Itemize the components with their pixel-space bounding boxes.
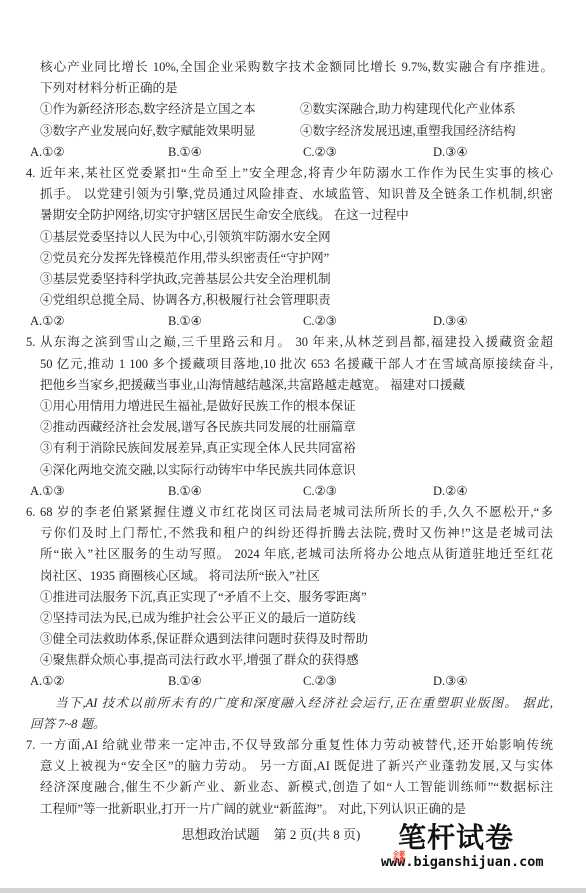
question-6-stem-line: 68 岁的李老伯紧紧握住遵义市红花岗区司法局老城司法所所长的手,久久不愿松开,“… bbox=[40, 502, 553, 523]
answer-choice-c: C.②③ bbox=[303, 481, 433, 502]
footer-page-number: 第 2 页(共 8 页) bbox=[274, 827, 361, 842]
answer-choice-a: A.①② bbox=[30, 142, 168, 163]
question-5-option-2: ②推动西藏经济社会发展,谱写各民族共同发展的壮丽篇章 bbox=[40, 417, 553, 438]
question-5: 5. 从东海之滨到雪山之巅,三千里路云和月。 30 年来,从林芝到昌都,福建投入… bbox=[26, 332, 553, 502]
question-3-tail: 核心产业同比增长 10%,全国企业采购数字技术金额同比增长 9.7%,数实融合有… bbox=[26, 57, 553, 163]
question-6-option-1: ①推进司法服务下沉,真正实现了“矛盾不上交、服务零距离” bbox=[40, 587, 553, 608]
answer-choice-a: A.①② bbox=[30, 311, 168, 332]
question-6-stem-line: 亏你们及时上门帮忙,不然我和租户的纠纷还得折腾去法院,费时又伤神!”这是老城司法 bbox=[40, 523, 553, 544]
question-5-option-4: ④深化两地交流交融,以实际行动铸牢中华民族共同体意识 bbox=[40, 460, 553, 481]
question-3-options: ①作为新经济形态,数字经济是立国之本 ②数实深融合,助力构建现代化产业体系 ③数… bbox=[40, 99, 553, 141]
question-5-option-3: ③有利于消除民族间发展差异,真正实现全体人民共同富裕 bbox=[40, 438, 553, 459]
answer-choice-c: C.②③ bbox=[303, 142, 433, 163]
material-intro-line: 当下,AI 技术以前所未有的广度和深度融入经济社会运行,正在重塑职业版图。 据此… bbox=[30, 693, 553, 714]
exam-paper-page: 核心产业同比增长 10%,全国企业采购数字技术金额同比增长 9.7%,数实融合有… bbox=[0, 0, 586, 893]
answer-choice-d: D.②④ bbox=[433, 481, 553, 502]
question-4-stem-line: 近年来,某社区党委紧扣“生命至上”安全理念,将青少年防溺水工作作为民生实事的核心 bbox=[40, 163, 553, 184]
question-3-option-2: ②数实深融合,助力构建现代化产业体系 bbox=[300, 99, 553, 120]
question-3-option-3: ③数字产业发展向好,数字赋能效果明显 bbox=[40, 121, 300, 142]
question-5-stem-line: 把他乡当家乡,把援藏当事业,山海情越结越深,共富路越走越宽。 福建对口援藏 bbox=[40, 375, 553, 396]
question-6-stem-line: 岗社区、1935 商圈核心区域。 将司法所“嵌入”社区 bbox=[40, 566, 553, 587]
question-5-stem-line: 50 亿元,推动 1 100 多个援藏项目落地,10 批次 653 名援藏干部人… bbox=[40, 354, 553, 375]
answer-choice-b: B.①④ bbox=[168, 311, 303, 332]
question-3-option-1: ①作为新经济形态,数字经济是立国之本 bbox=[40, 99, 300, 120]
question-5-stem-line: 从东海之滨到雪山之巅,三千里路云和月。 30 年来,从林芝到昌都,福建投入援藏资… bbox=[40, 332, 553, 353]
question-6: 6. 68 岁的李老伯紧紧握住遵义市红花岗区司法局老城司法所所长的手,久久不愿松… bbox=[26, 502, 553, 693]
question-6-option-2: ②坚持司法为民,已成为维护社会公平正义的最后一道防线 bbox=[40, 608, 553, 629]
page-content: 核心产业同比增长 10%,全国企业采购数字技术金额同比增长 9.7%,数实融合有… bbox=[26, 57, 553, 820]
question-7-stem-line: 工程师”等一批新职业,打开一片广阔的就业“新蓝海”。 对此,下列认识正确的是 bbox=[40, 799, 553, 820]
answer-choice-a: A.①③ bbox=[30, 481, 168, 502]
question-3-stem-line: 核心产业同比增长 10%,全国企业采购数字技术金额同比增长 9.7%,数实融合有… bbox=[40, 57, 553, 78]
answer-choice-a: A.①② bbox=[30, 671, 168, 692]
watermark-brand-text: 笔杆试卷 bbox=[398, 823, 551, 853]
question-6-stem-line: 所“嵌入”社区服务的生动写照。 2024 年底,老城司法所将办公地点从街道驻地迁… bbox=[40, 544, 553, 565]
question-4-stem-line: 抓手。 以党建引领为引擎,党员通过风险排查、水域监管、知识普及全链条工作机制,织… bbox=[40, 184, 553, 205]
question-6-option-4: ④聚焦群众烦心事,提高司法行政水平,增强了群众的获得感 bbox=[40, 650, 553, 671]
question-4-stem-line: 暑期安全防护网络,切实守护辖区居民生命安全底线。 在这一过程中 bbox=[40, 205, 553, 226]
watermark-stamp: 笔杆试卷 全部 免费 www.biganshijuan.com bbox=[381, 823, 551, 870]
question-4: 4. 近年来,某社区党委紧扣“生命至上”安全理念,将青少年防溺水工作作为民生实事… bbox=[26, 163, 553, 333]
question-7-stem-line: 意义上被视为“安全区”的脑力劳动。 另一方面,AI 既促进了新兴产业蓬勃发展,又… bbox=[40, 756, 553, 777]
question-4-option-1: ①基层党委坚持以人民为中心,引领筑牢防溺水安全网 bbox=[40, 227, 553, 248]
question-3-option-4: ④数字经济发展迅速,重塑我国经济结构 bbox=[300, 121, 553, 142]
answer-choice-d: D.③④ bbox=[433, 311, 553, 332]
question-7-stem-line: 经济深度融合,催生不少新产业、新业态、新模式,创造了如“人工智能训练师”“数据标… bbox=[40, 777, 553, 798]
question-7: 7. 一方面,AI 给就业带来一定冲击,不仅导致部分重复性体力劳动被替代,还开始… bbox=[26, 735, 553, 820]
answer-choice-b: B.①④ bbox=[168, 142, 303, 163]
material-intro-line: 回答 7~8 题。 bbox=[30, 714, 553, 735]
question-4-option-3: ③基层党委坚持科学执政,完善基层公共安全治理机制 bbox=[40, 269, 553, 290]
question-5-answers: A.①③ B.①④ C.②③ D.②④ bbox=[30, 481, 553, 502]
answer-choice-d: D.③④ bbox=[433, 142, 553, 163]
question-4-answers: A.①② B.①④ C.②③ D.③④ bbox=[30, 311, 553, 332]
question-5-number: 5. bbox=[26, 332, 35, 353]
question-6-number: 6. bbox=[26, 502, 35, 523]
question-3-stem-line: 下列对材料分析正确的是 bbox=[40, 78, 553, 99]
watermark-free-label: 全部 免费 bbox=[393, 852, 407, 864]
answer-choice-c: C.②③ bbox=[303, 671, 433, 692]
screenshot-bottom-edge bbox=[0, 888, 586, 893]
answer-choice-c: C.②③ bbox=[303, 311, 433, 332]
question-4-number: 4. bbox=[26, 163, 35, 184]
question-7-stem-line: 一方面,AI 给就业带来一定冲击,不仅导致部分重复性体力劳动被替代,还开始影响传… bbox=[40, 735, 553, 756]
question-4-option-4: ④党组织总揽全局、协调各方,积极履行社会管理职责 bbox=[40, 290, 553, 311]
question-6-option-3: ③健全司法救助体系,保证群众遇到法律问题时获得及时帮助 bbox=[40, 629, 553, 650]
question-4-option-2: ②党员充分发挥先锋模范作用,带头织密责任“守护网” bbox=[40, 248, 553, 269]
question-5-option-1: ①用心用情用力增进民生福祉,是做好民族工作的根本保证 bbox=[40, 396, 553, 417]
material-intro-paragraph: 当下,AI 技术以前所未有的广度和深度融入经济社会运行,正在重塑职业版图。 据此… bbox=[26, 693, 553, 735]
question-6-answers: A.①② B.①④ C.②③ D.③④ bbox=[30, 671, 553, 692]
footer-subject-title: 思想政治试题 bbox=[182, 827, 260, 842]
question-3-answers: A.①② B.①④ C.②③ D.③④ bbox=[30, 142, 553, 163]
question-7-number: 7. bbox=[26, 735, 35, 756]
answer-choice-b: B.①④ bbox=[168, 671, 303, 692]
answer-choice-d: D.③④ bbox=[433, 671, 553, 692]
answer-choice-b: B.①④ bbox=[168, 481, 303, 502]
